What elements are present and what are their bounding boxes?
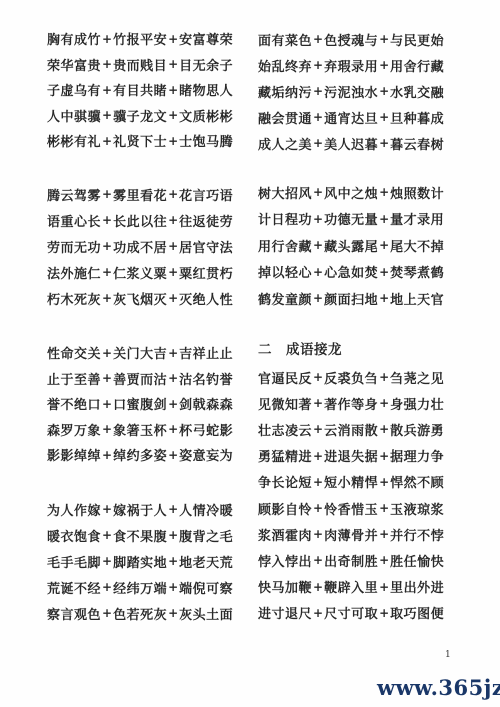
plus-separator: +: [167, 448, 179, 462]
idiom: 礼贤下士: [113, 131, 167, 150]
plus-separator: +: [167, 239, 179, 253]
plus-separator: +: [167, 397, 179, 411]
idiom: 目无余子: [179, 55, 233, 74]
plus-separator: +: [378, 422, 390, 436]
plus-separator: +: [312, 185, 324, 199]
idiom: 森罗万象: [47, 420, 101, 439]
idiom: 食不果腹: [113, 526, 167, 545]
idiom: 象箸玉杯: [113, 420, 167, 439]
plus-separator: +: [312, 527, 324, 541]
idiom: 雾里看花: [113, 185, 167, 204]
idiom: 短小精悍: [324, 472, 378, 491]
idiom: 肉薄骨并: [324, 525, 378, 544]
plus-separator: +: [312, 291, 324, 305]
idiom: 色授魂与: [324, 30, 378, 49]
plus-separator: +: [167, 422, 179, 436]
idiom: 荣华富贵: [47, 55, 101, 74]
idiom: 地老天荒: [179, 552, 233, 571]
idiom: 止于至善: [47, 369, 101, 388]
plus-separator: +: [378, 136, 390, 150]
idiom-chain-row: 子虚乌有+有目共睹+睹物思人: [47, 77, 229, 103]
plus-separator: +: [101, 554, 113, 568]
plus-separator: +: [378, 265, 390, 279]
idiom: 文质彬彬: [179, 106, 233, 125]
idiom: 人中骐骥: [47, 106, 101, 125]
idiom-group: 为人作嫁+嫁祸于人+人情冷暖暖衣饱食+食不果腹+腹背之毛毛手毛脚+脚踏实地+地老…: [47, 496, 229, 626]
plus-separator: +: [101, 528, 113, 542]
idiom: 藏头露尾: [324, 236, 378, 255]
idiom-chain-row: 悖入悖出+出奇制胜+胜任愉快: [258, 547, 440, 573]
plus-separator: +: [167, 528, 179, 542]
idiom: 为人作嫁: [47, 500, 101, 519]
section-heading: 二 成语接龙: [258, 337, 342, 363]
idiom: 剑戟森森: [179, 394, 233, 413]
idiom: 烛照数计: [390, 183, 444, 202]
idiom-chain-row: 始乱终弃+弃瑕录用+用舍行藏: [258, 52, 440, 78]
plus-separator: +: [312, 580, 324, 594]
idiom-chain-row: 荒诞不经+经纬万端+端倪可察: [47, 574, 229, 600]
plus-separator: +: [312, 396, 324, 410]
idiom-chain-row: 劳而无功+功成不居+居官守法: [47, 233, 229, 259]
plus-separator: +: [312, 58, 324, 72]
idiom: 玉液琼浆: [390, 499, 444, 518]
plus-separator: +: [378, 501, 390, 515]
idiom: 嫁祸于人: [113, 500, 167, 519]
plus-separator: +: [101, 32, 113, 46]
plus-separator: +: [101, 448, 113, 462]
plus-separator: +: [167, 291, 179, 305]
idiom: 量才录用: [390, 209, 444, 228]
idiom: 反裘负刍: [324, 368, 378, 387]
idiom-group: 官逼民反+反裘负刍+刍荛之见见微知著+著作等身+身强力壮壮志凌云+云消雨散+散兵…: [258, 364, 440, 626]
idiom: 据理力争: [390, 446, 444, 465]
idiom: 成人之美: [258, 134, 312, 153]
idiom: 计日程功: [258, 209, 312, 228]
plus-separator: +: [101, 291, 113, 305]
plus-separator: +: [312, 84, 324, 98]
plus-separator: +: [101, 187, 113, 201]
plus-separator: +: [378, 370, 390, 384]
plus-separator: +: [167, 371, 179, 385]
plus-separator: +: [378, 212, 390, 226]
plus-separator: +: [101, 580, 113, 594]
idiom: 焚琴煮鹤: [390, 262, 444, 281]
idiom: 身强力壮: [390, 394, 444, 413]
idiom: 竹报平安: [113, 29, 167, 48]
idiom: 通宵达旦: [324, 108, 378, 127]
plus-separator: +: [312, 265, 324, 279]
idiom-chain-row: 面有菜色+色授魂与+与民更始: [258, 26, 440, 52]
idiom: 绰约多姿: [113, 445, 167, 464]
idiom-chain-row: 彬彬有礼+礼贤下士+士饱马腾: [47, 128, 229, 154]
plus-separator: +: [101, 57, 113, 71]
idiom: 并行不悖: [390, 525, 444, 544]
idiom: 悍然不顾: [390, 472, 444, 491]
idiom: 口蜜腹剑: [113, 394, 167, 413]
idiom: 著作等身: [324, 394, 378, 413]
plus-separator: +: [378, 84, 390, 98]
site-link[interactable]: www.365jz.com: [377, 675, 500, 700]
idiom-group: 腾云驾雾+雾里看花+花言巧语语重心长+长此以往+往返徒劳劳而无功+功成不居+居官…: [47, 181, 229, 311]
idiom-chain-row: 法外施仁+仁浆义粟+粟红贯朽: [47, 259, 229, 285]
idiom-chain-row: 腾云驾雾+雾里看花+花言巧语: [47, 181, 229, 207]
idiom: 仁浆义粟: [113, 263, 167, 282]
idiom: 荒诞不经: [47, 578, 101, 597]
plus-separator: +: [167, 554, 179, 568]
idiom: 见微知著: [258, 394, 312, 413]
idiom-chain-row: 顾影自怜+怜香惜玉+玉液琼浆: [258, 495, 440, 521]
idiom: 风中之烛: [324, 183, 378, 202]
idiom: 与民更始: [390, 30, 444, 49]
idiom-group: 性命交关+关门大吉+吉祥止止止于至善+善贾而沽+沽名钓誉誉不绝口+口蜜腹剑+剑戟…: [47, 340, 229, 468]
idiom: 骥子龙文: [113, 106, 167, 125]
plus-separator: +: [101, 83, 113, 97]
plus-separator: +: [312, 606, 324, 620]
plus-separator: +: [312, 475, 324, 489]
plus-separator: +: [312, 238, 324, 252]
plus-separator: +: [378, 291, 390, 305]
idiom-group: 面有菜色+色授魂与+与民更始始乱终弃+弃瑕录用+用舍行藏藏垢纳污+污泥浊水+水乳…: [258, 26, 440, 156]
idiom: 里出外进: [390, 577, 444, 596]
idiom-chain-row: 影影绰绰+绰约多姿+姿意妄为: [47, 442, 229, 468]
idiom: 腾云驾雾: [47, 185, 101, 204]
idiom-chain-row: 见微知著+著作等身+身强力壮: [258, 390, 440, 416]
plus-separator: +: [378, 110, 390, 124]
plus-separator: +: [101, 502, 113, 516]
idiom: 毛手毛脚: [47, 552, 101, 571]
idiom: 朽木死灰: [47, 289, 101, 308]
idiom: 花言巧语: [179, 185, 233, 204]
plus-separator: +: [312, 501, 324, 515]
idiom-chain-row: 毛手毛脚+脚踏实地+地老天荒: [47, 548, 229, 574]
idiom: 胜任愉快: [390, 551, 444, 570]
plus-separator: +: [167, 265, 179, 279]
idiom: 用舍行藏: [390, 56, 444, 75]
idiom: 顾影自怜: [258, 499, 312, 518]
plus-separator: +: [167, 32, 179, 46]
idiom: 影影绰绰: [47, 445, 101, 464]
plus-separator: +: [378, 58, 390, 72]
idiom-chain-row: 为人作嫁+嫁祸于人+人情冷暖: [47, 496, 229, 522]
idiom-chain-row: 浆酒霍肉+肉薄骨并+并行不悖: [258, 521, 440, 547]
idiom: 彬彬有礼: [47, 131, 101, 150]
plus-separator: +: [312, 370, 324, 384]
plus-separator: +: [312, 449, 324, 463]
idiom: 勇猛精进: [258, 446, 312, 465]
plus-separator: +: [101, 213, 113, 227]
plus-separator: +: [312, 110, 324, 124]
plus-separator: +: [101, 108, 113, 122]
idiom: 云消雨散: [324, 420, 378, 439]
idiom: 往返徒劳: [179, 211, 233, 230]
idiom-chain-row: 暖衣饱食+食不果腹+腹背之毛: [47, 522, 229, 548]
idiom: 灰头土面: [179, 604, 233, 623]
idiom-chain-row: 森罗万象+象箸玉杯+杯弓蛇影: [47, 417, 229, 443]
plus-separator: +: [378, 449, 390, 463]
plus-separator: +: [101, 397, 113, 411]
idiom: 有目共睹: [113, 80, 167, 99]
idiom: 出奇制胜: [324, 551, 378, 570]
plus-separator: +: [378, 396, 390, 410]
plus-separator: +: [378, 553, 390, 567]
idiom: 官逼民反: [258, 368, 312, 387]
plus-separator: +: [378, 606, 390, 620]
plus-separator: +: [167, 606, 179, 620]
idiom: 进寸退尺: [258, 603, 312, 622]
plus-separator: +: [167, 57, 179, 71]
idiom: 人情冷暖: [179, 500, 233, 519]
idiom: 端倪可察: [179, 578, 233, 597]
idiom: 功成不居: [113, 237, 167, 256]
idiom: 水乳交融: [390, 82, 444, 101]
idiom: 誉不绝口: [47, 394, 101, 413]
plus-separator: +: [312, 553, 324, 567]
idiom: 旦种暮成: [390, 108, 444, 127]
idiom: 心急如焚: [324, 262, 378, 281]
idiom: 壮志凌云: [258, 420, 312, 439]
idiom: 杯弓蛇影: [179, 420, 233, 439]
idiom: 藏垢纳污: [258, 82, 312, 101]
idiom-chain-row: 朽木死灰+灰飞烟灭+灭绝人性: [47, 285, 229, 311]
idiom-group: 胸有成竹+竹报平安+安富尊荣荣华富贵+贵而贱目+目无余子子虚乌有+有目共睹+睹物…: [47, 26, 229, 154]
idiom: 暮云春树: [390, 134, 444, 153]
idiom: 劳而无功: [47, 237, 101, 256]
plus-separator: +: [378, 475, 390, 489]
idiom: 融会贯通: [258, 108, 312, 127]
idiom-chain-row: 掉以轻心+心急如焚+焚琴煮鹤: [258, 259, 440, 286]
idiom: 散兵游勇: [390, 420, 444, 439]
idiom: 察言观色: [47, 604, 101, 623]
plus-separator: +: [312, 422, 324, 436]
plus-separator: +: [312, 32, 324, 46]
idiom: 地上天官: [390, 289, 444, 308]
idiom: 灰飞烟灭: [113, 289, 167, 308]
idiom: 吉祥止止: [179, 343, 233, 362]
idiom: 尾大不掉: [390, 236, 444, 255]
idiom: 暖衣饱食: [47, 526, 101, 545]
plus-separator: +: [101, 371, 113, 385]
plus-separator: +: [378, 32, 390, 46]
idiom-chain-row: 性命交关+关门大吉+吉祥止止: [47, 340, 229, 366]
idiom: 鹤发童颜: [258, 289, 312, 308]
plus-separator: +: [167, 187, 179, 201]
idiom: 关门大吉: [113, 343, 167, 362]
plus-separator: +: [312, 136, 324, 150]
idiom-chain-row: 藏垢纳污+污泥浊水+水乳交融: [258, 78, 440, 104]
idiom: 掉以轻心: [258, 262, 312, 281]
idiom-chain-row: 成人之美+美人迟暮+暮云春树: [258, 130, 440, 156]
idiom: 面有菜色: [258, 30, 312, 49]
idiom: 颜面扫地: [324, 289, 378, 308]
idiom: 尺寸可取: [324, 603, 378, 622]
plus-separator: +: [167, 213, 179, 227]
plus-separator: +: [167, 134, 179, 148]
idiom: 弃瑕录用: [324, 56, 378, 75]
idiom-chain-row: 止于至善+善贾而沽+沽名钓誉: [47, 366, 229, 392]
plus-separator: +: [101, 265, 113, 279]
idiom: 鞭辟入里: [324, 577, 378, 596]
idiom: 粟红贯朽: [179, 263, 233, 282]
idiom: 争长论短: [258, 472, 312, 491]
plus-separator: +: [167, 108, 179, 122]
plus-separator: +: [378, 185, 390, 199]
idiom: 色若死灰: [113, 604, 167, 623]
idiom: 进退失据: [324, 446, 378, 465]
idiom-chain-row: 进寸退尺+尺寸可取+取巧图便: [258, 600, 440, 626]
idiom-chain-row: 鹤发童颜+颜面扫地+地上天官: [258, 285, 440, 312]
idiom: 语重心长: [47, 211, 101, 230]
idiom-chain-row: 荣华富贵+贵而贱目+目无余子: [47, 52, 229, 78]
idiom: 灭绝人性: [179, 289, 233, 308]
idiom-chain-row: 快马加鞭+鞭辟入里+里出外进: [258, 574, 440, 600]
idiom: 始乱终弃: [258, 56, 312, 75]
idiom: 怜香惜玉: [324, 499, 378, 518]
idiom-chain-row: 胸有成竹+竹报平安+安富尊荣: [47, 26, 229, 52]
plus-separator: +: [312, 212, 324, 226]
idiom: 法外施仁: [47, 263, 101, 282]
idiom: 脚踏实地: [113, 552, 167, 571]
idiom-chain-row: 树大招风+风中之烛+烛照数计: [258, 179, 440, 206]
plus-separator: +: [167, 83, 179, 97]
plus-separator: +: [167, 580, 179, 594]
idiom: 贵而贱目: [113, 55, 167, 74]
idiom: 美人迟暮: [324, 134, 378, 153]
plus-separator: +: [101, 422, 113, 436]
idiom-chain-row: 计日程功+功德无量+量才录用: [258, 206, 440, 233]
idiom: 士饱马腾: [179, 131, 233, 150]
idiom: 性命交关: [47, 343, 101, 362]
idiom: 长此以往: [113, 211, 167, 230]
plus-separator: +: [378, 527, 390, 541]
idiom: 悖入悖出: [258, 551, 312, 570]
idiom-group: 树大招风+风中之烛+烛照数计计日程功+功德无量+量才录用用行舍藏+藏头露尾+尾大…: [258, 179, 440, 312]
page-number: 1: [445, 650, 451, 660]
idiom: 经纬万端: [113, 578, 167, 597]
idiom: 取巧图便: [390, 603, 444, 622]
idiom: 快马加鞭: [258, 577, 312, 596]
plus-separator: +: [167, 502, 179, 516]
idiom: 腹背之毛: [179, 526, 233, 545]
idiom-chain-row: 察言观色+色若死灰+灰头土面: [47, 600, 229, 626]
idiom-chain-row: 壮志凌云+云消雨散+散兵游勇: [258, 416, 440, 442]
idiom: 功德无量: [324, 209, 378, 228]
plus-separator: +: [167, 346, 179, 360]
idiom: 树大招风: [258, 183, 312, 202]
plus-separator: +: [378, 238, 390, 252]
plus-separator: +: [101, 134, 113, 148]
idiom: 居官守法: [179, 237, 233, 256]
idiom: 刍荛之见: [390, 368, 444, 387]
plus-separator: +: [101, 346, 113, 360]
idiom-chain-row: 誉不绝口+口蜜腹剑+剑戟森森: [47, 391, 229, 417]
idiom: 睹物思人: [179, 80, 233, 99]
idiom: 浆酒霍肉: [258, 525, 312, 544]
idiom: 安富尊荣: [179, 29, 233, 48]
plus-separator: +: [101, 239, 113, 253]
plus-separator: +: [101, 606, 113, 620]
document-page: 胸有成竹+竹报平安+安富尊荣荣华富贵+贵而贱目+目无余子子虚乌有+有目共睹+睹物…: [0, 0, 500, 707]
idiom-chain-row: 用行舍藏+藏头露尾+尾大不掉: [258, 232, 440, 259]
idiom-chain-row: 官逼民反+反裘负刍+刍荛之见: [258, 364, 440, 390]
idiom: 子虚乌有: [47, 80, 101, 99]
plus-separator: +: [378, 580, 390, 594]
idiom-chain-row: 融会贯通+通宵达旦+旦种暮成: [258, 104, 440, 130]
idiom: 姿意妄为: [179, 445, 233, 464]
idiom-chain-row: 争长论短+短小精悍+悍然不顾: [258, 469, 440, 495]
idiom-chain-row: 语重心长+长此以往+往返徒劳: [47, 207, 229, 233]
idiom: 沽名钓誉: [179, 369, 233, 388]
idiom-chain-row: 勇猛精进+进退失据+据理力争: [258, 443, 440, 469]
idiom: 善贾而沽: [113, 369, 167, 388]
idiom: 胸有成竹: [47, 29, 101, 48]
idiom-chain-row: 人中骐骥+骥子龙文+文质彬彬: [47, 103, 229, 129]
idiom: 用行舍藏: [258, 236, 312, 255]
idiom: 污泥浊水: [324, 82, 378, 101]
